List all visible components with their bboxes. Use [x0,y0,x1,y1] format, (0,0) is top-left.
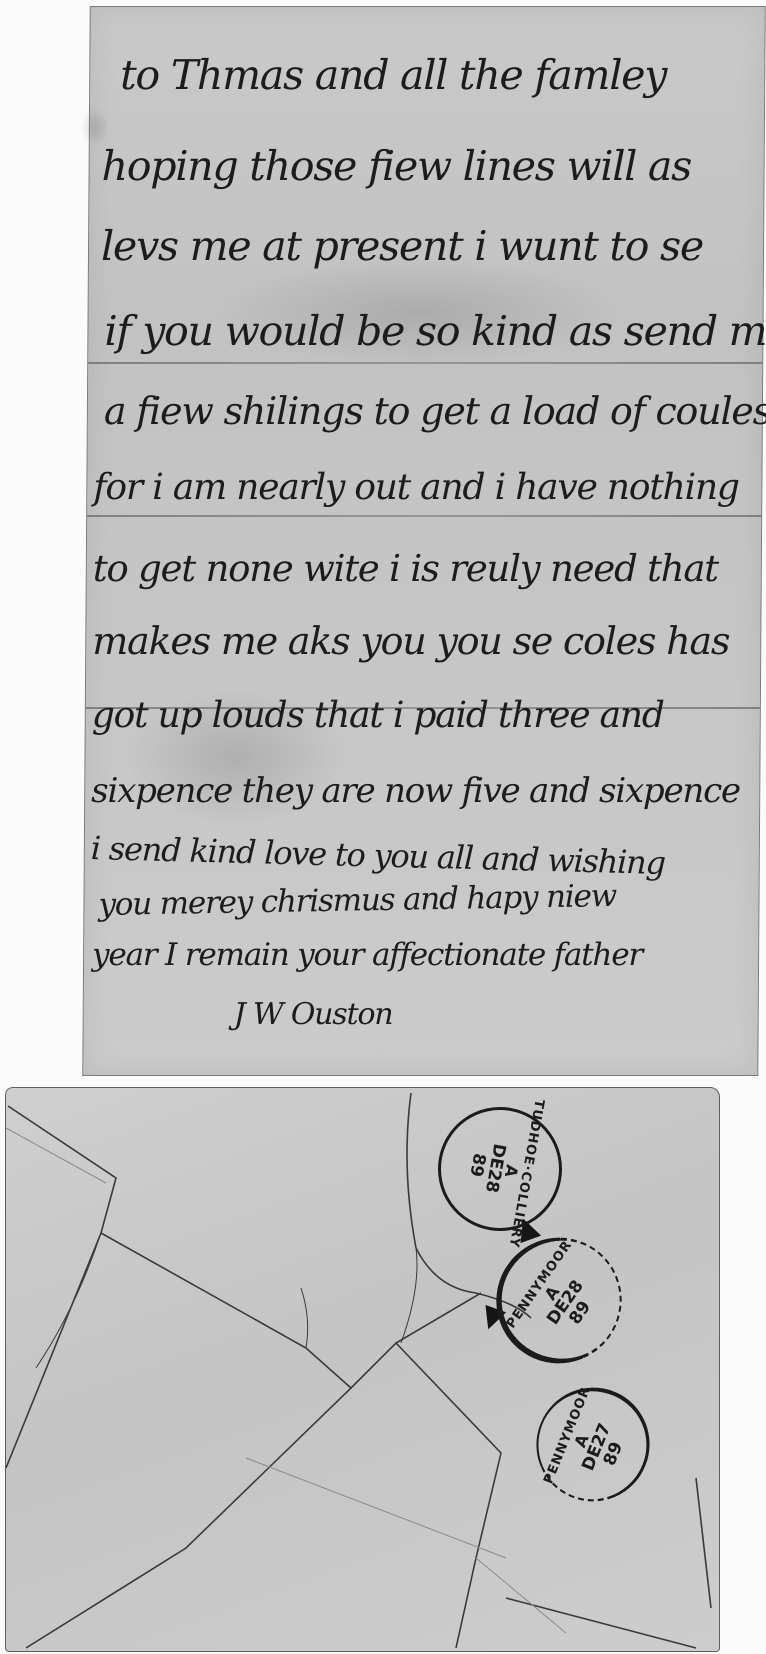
letter-line-7: to get none wite i is reuly need that [93,547,718,590]
letter-line-5: a fiew shilings to get a load of coules [104,389,766,433]
envelope-flap-creases [6,1088,719,1651]
letter-line-2: hoping those fiew lines will as [101,142,691,190]
letter-signature: J W Ouston [234,997,393,1032]
letter-line-11: i send kind love to you all and wishing [90,829,665,882]
letter-signoff: year I remain your affectionate father [92,937,642,973]
fold-line [87,515,761,517]
letter-line-9: got up louds that i paid three and [92,695,664,736]
letter-line-3: levs me at present i wunt to se [101,222,703,270]
ink-blot [80,107,110,147]
letter-line-8: makes me aks you you se coles has [92,619,729,663]
letter-line-4: if you would be so kind as send me [104,307,766,355]
letter-page: to Thmas and all the famley hoping those… [82,6,765,1076]
fold-line [88,362,762,364]
letter-line-10: sixpence they are now five and sixpence [91,771,740,811]
letter-line-6: for i am nearly out and i have nothing [93,467,739,508]
letter-line-12: you merey chrismus and hapy niew [98,878,616,923]
letter-line-1: to Thmas and all the famley [120,51,666,99]
envelope-back: TUDHOE·COLLIERY A DE28 89 PENNYMOOR A DE… [5,1087,720,1652]
